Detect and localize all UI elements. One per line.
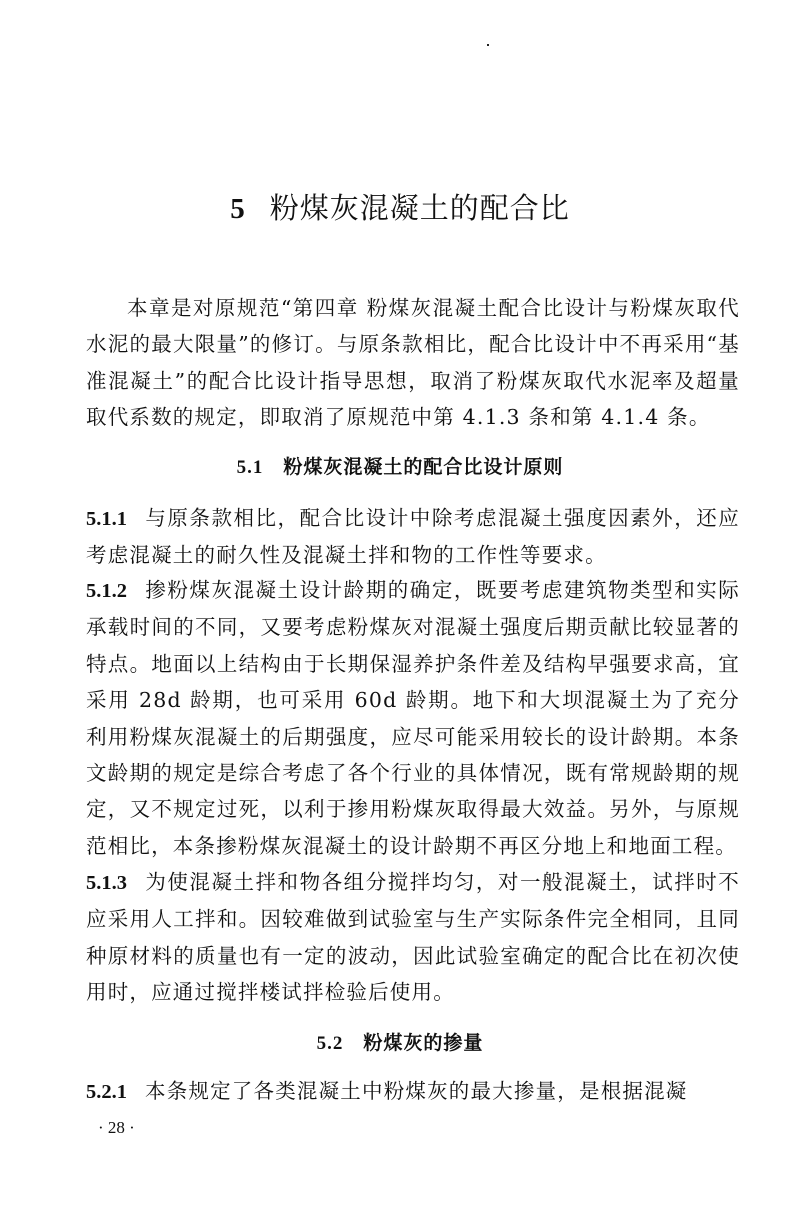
section-title-text: 粉煤灰混凝土的配合比设计原则 xyxy=(283,456,563,478)
clause-number: 5.1.3 xyxy=(86,872,127,894)
page-number: · 28 · xyxy=(98,1118,135,1138)
chapter-title: 5粉煤灰混凝土的配合比 xyxy=(0,186,800,231)
clause-text: 掺粉煤灰混凝土设计龄期的确定，既要考虑建筑物类型和实际承载时间的不同，又要考虑粉… xyxy=(86,578,740,858)
clause-5-1-1: 5.1.1与原条款相比，配合比设计中除考虑混凝土强度因素外，还应考虑混凝土的耐久… xyxy=(86,500,740,574)
section-title-text: 粉煤灰的掺量 xyxy=(363,1032,483,1054)
scan-speck xyxy=(487,44,489,46)
clause-5-2-1: 5.2.1本条规定了各类混凝土中粉煤灰的最大掺量，是根据混凝 xyxy=(86,1073,740,1110)
clause-5-1-2: 5.1.2掺粉煤灰混凝土设计龄期的确定，既要考虑建筑物类型和实际承载时间的不同，… xyxy=(86,572,740,864)
clause-text: 与原条款相比，配合比设计中除考虑混凝土强度因素外，还应考虑混凝土的耐久性及混凝土… xyxy=(86,506,740,567)
clause-text: 本条规定了各类混凝土中粉煤灰的最大掺量，是根据混凝 xyxy=(145,1079,688,1103)
clause-5-1-3: 5.1.3为使混凝土拌和物各组分搅拌均匀，对一般混凝土，试拌时不应采用人工拌和。… xyxy=(86,864,740,1011)
chapter-title-text: 粉煤灰混凝土的配合比 xyxy=(270,191,570,225)
clause-number: 5.1.1 xyxy=(86,508,127,530)
clause-text: 为使混凝土拌和物各组分搅拌均匀，对一般混凝土，试拌时不应采用人工拌和。因较难做到… xyxy=(86,870,740,1004)
section-number: 5.2 xyxy=(317,1033,344,1054)
section-number: 5.1 xyxy=(237,457,264,478)
section-title-5-1: 5.1粉煤灰混凝土的配合比设计原则 xyxy=(0,452,800,479)
section-title-5-2: 5.2粉煤灰的掺量 xyxy=(0,1028,800,1055)
chapter-number: 5 xyxy=(230,193,246,225)
clause-number: 5.1.2 xyxy=(86,580,127,602)
intro-paragraph: 本章是对原规范“第四章 粉煤灰混凝土配合比设计与粉煤灰取代水泥的最大限量”的修订… xyxy=(86,290,740,436)
clause-number: 5.2.1 xyxy=(86,1081,127,1103)
